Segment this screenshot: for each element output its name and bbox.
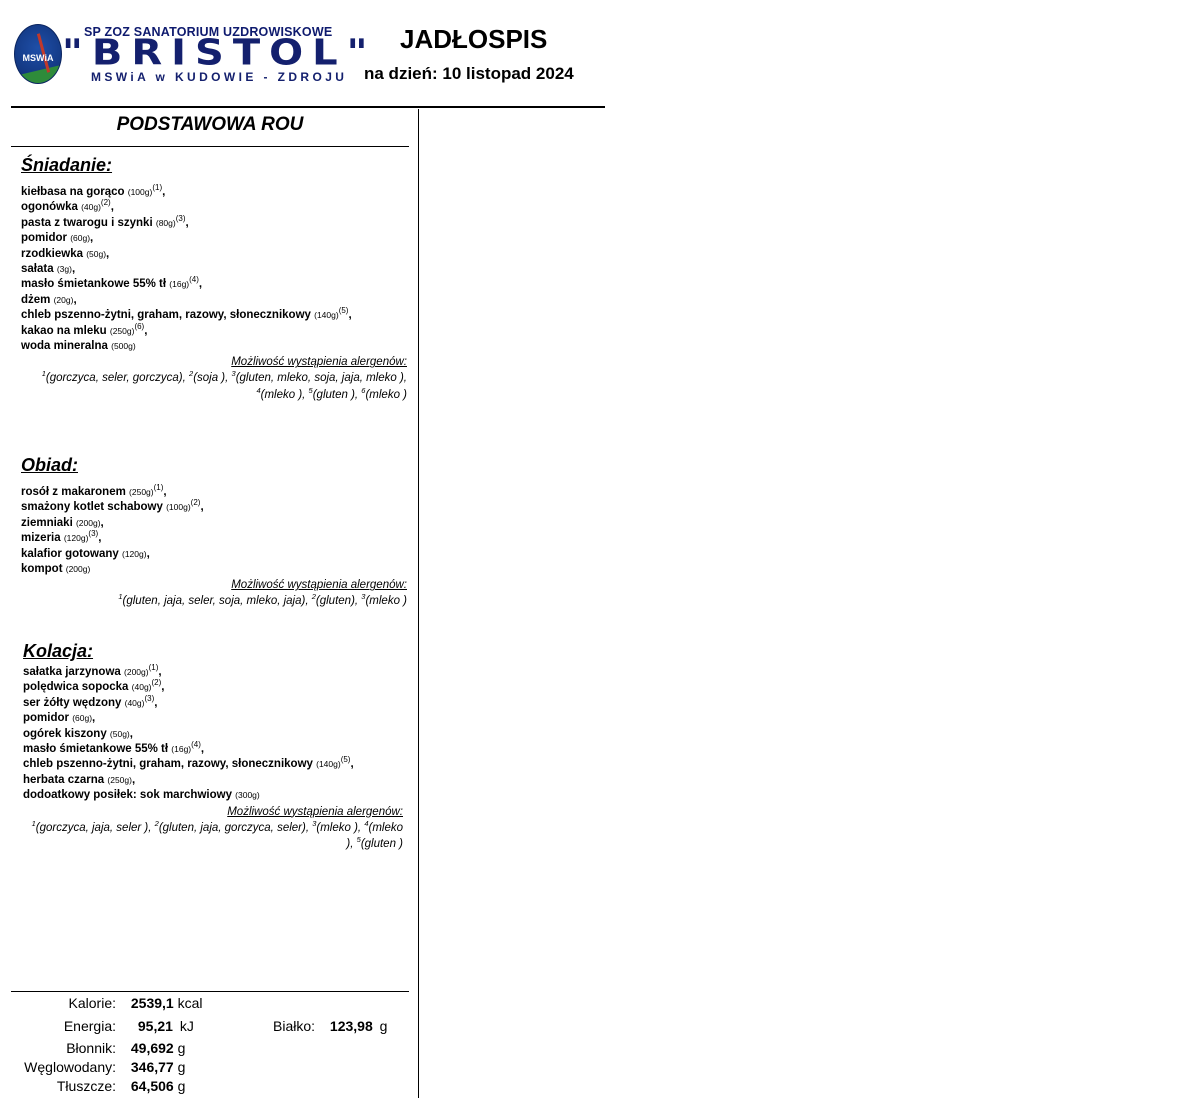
meal-breakfast: Śniadanie: kiełbasa na gorąco (100g)(1),… <box>21 153 407 403</box>
menu-item-name: smażony kotlet schabowy <box>21 501 163 513</box>
menu-item-quantity: (250g) <box>107 775 132 785</box>
menu-item: kompot (200g) <box>21 562 407 577</box>
allergen-entry: (gluten ), <box>313 389 362 401</box>
menu-item-name: ogonówka <box>21 201 78 213</box>
nutrition-unit: kJ <box>180 1018 194 1034</box>
nutrition-divider <box>11 991 409 992</box>
emblem-text: MSWiA <box>15 53 61 63</box>
menu-item-separator: , <box>161 681 164 693</box>
nutrition-unit: g <box>178 1040 186 1056</box>
nutrition-value: 64,506 <box>131 1078 174 1094</box>
allergen-entry: (mleko ), <box>261 389 309 401</box>
allergen-entry: (gluten ) <box>361 838 403 850</box>
nutrition-label: Tłuszcze: <box>0 1077 116 1096</box>
menu-item-name: kiełbasa na gorąco <box>21 186 125 198</box>
nutrition-value: 2539,1 <box>131 995 174 1011</box>
menu-item-quantity: (20g) <box>54 295 74 305</box>
menu-item-name: ser żółty wędzony <box>23 697 121 709</box>
menu-item-name: herbata czarna <box>23 774 104 786</box>
menu-item: chleb pszenno-żytni, graham, razowy, sło… <box>21 308 407 323</box>
allergen-entry: (gluten), <box>316 595 361 607</box>
menu-item-separator: , <box>348 309 351 321</box>
nutrition-label: Węglowodany: <box>0 1058 116 1077</box>
menu-item: sałatka jarzynowa (200g)(1), <box>23 665 403 680</box>
nutrition-unit: g <box>380 1018 388 1034</box>
menu-item-name: polędwica sopocka <box>23 681 132 693</box>
menu-item: ser żółty wędzony (40g)(3), <box>23 696 403 711</box>
allergen-entry: (gluten, jaja, seler, soja, mleko, jaja)… <box>123 595 312 607</box>
menu-item-name: kakao na mleku <box>21 325 110 337</box>
nutrition-label: Błonnik: <box>0 1039 116 1058</box>
menu-item: sałata (3g), <box>21 262 407 277</box>
menu-item-quantity: (100g) <box>166 502 191 512</box>
menu-item-name: chleb pszenno-żytni, graham, razowy, sło… <box>23 758 313 770</box>
menu-item-separator: , <box>111 201 114 213</box>
menu-item-separator: , <box>185 217 188 229</box>
menu-item: pasta z twarogu i szynki (80g)(3), <box>21 216 407 231</box>
menu-item-separator: , <box>90 232 93 244</box>
meal-items: sałatka jarzynowa (200g)(1),polędwica so… <box>23 665 403 804</box>
allergen-list: 1(gluten, jaja, seler, soja, mleko, jaja… <box>21 593 407 610</box>
menu-item-separator: , <box>201 743 204 755</box>
allergen-entry: (mleko ), <box>316 822 364 834</box>
menu-item: rosół z makaronem (250g)(1), <box>21 485 407 500</box>
column-divider <box>418 109 419 1098</box>
menu-item-separator: , <box>147 548 150 560</box>
menu-item-quantity: (140g) <box>316 759 341 769</box>
allergen-entry: (gluten, mleko, soja, jaja, mleko ), <box>236 372 407 384</box>
menu-item-separator: , <box>101 517 104 529</box>
nutrition-unit: kcal <box>178 995 203 1011</box>
allergen-ref: (4) <box>189 276 199 285</box>
menu-item-separator: , <box>73 294 76 306</box>
nutrition-energy: Energia: 95,21 kJ <box>0 1017 194 1036</box>
menu-item-separator: , <box>350 758 353 770</box>
allergen-entry: (mleko ) <box>365 389 407 401</box>
menu-item-quantity: (50g) <box>86 249 106 259</box>
menu-item-separator: , <box>106 248 109 260</box>
logo-location: MSWiA w KUDOWIE - ZDROJU <box>91 70 347 84</box>
menu-item-quantity: (300g) <box>235 790 260 800</box>
menu-item-name: pasta z twarogu i szynki <box>21 217 153 229</box>
document-date: na dzień: 10 listopad 2024 <box>364 64 574 84</box>
menu-item: ogonówka (40g)(2), <box>21 200 407 215</box>
menu-item-name: ogórek kiszony <box>23 728 107 740</box>
allergen-ref: (2) <box>101 199 111 208</box>
menu-item: herbata czarna (250g), <box>23 773 403 788</box>
diet-type-divider <box>11 146 409 147</box>
menu-item-quantity: (3g) <box>57 264 72 274</box>
menu-item-quantity: (50g) <box>110 729 130 739</box>
allergen-list: 1(gorczyca, seler, gorczyca), 2(soja ), … <box>21 370 407 403</box>
allergen-ref: (5) <box>339 306 349 315</box>
menu-item-quantity: (40g) <box>81 202 101 212</box>
nutrition-value: 95,21 <box>138 1018 173 1034</box>
menu-item-name: sałatka jarzynowa <box>23 666 121 678</box>
menu-item-name: chleb pszenno-żytni, graham, razowy, sło… <box>21 309 311 321</box>
menu-item-name: sałata <box>21 263 54 275</box>
nutrition-value: 49,692 <box>131 1040 174 1056</box>
menu-item: ziemniaki (200g), <box>21 516 407 531</box>
allergen-entry: (mleko ) <box>365 595 407 607</box>
menu-item-quantity: (250g) <box>129 487 154 497</box>
menu-item: dżem (20g), <box>21 293 407 308</box>
nutrition-label: Energia: <box>0 1017 116 1036</box>
menu-item-separator: , <box>158 666 161 678</box>
menu-item-quantity: (16g) <box>171 744 191 754</box>
meal-dinner: Kolacja: sałatka jarzynowa (200g)(1),pol… <box>23 639 403 853</box>
document-title: JADŁOSPIS <box>400 24 547 55</box>
menu-item-separator: , <box>199 278 202 290</box>
allergen-ref: (2) <box>152 679 162 688</box>
menu-item-name: kompot <box>21 563 63 575</box>
menu-item-name: rzodkiewka <box>21 248 83 260</box>
menu-item-quantity: (140g) <box>314 310 339 320</box>
menu-item: kakao na mleku (250g)(6), <box>21 324 407 339</box>
allergen-ref: (3) <box>144 694 154 703</box>
menu-item-quantity: (16g) <box>169 279 189 289</box>
header-divider <box>11 106 605 108</box>
allergen-ref: (1) <box>152 183 162 192</box>
menu-item-name: rosół z makaronem <box>21 486 126 498</box>
menu-item: polędwica sopocka (40g)(2), <box>23 680 403 695</box>
menu-item-quantity: (40g) <box>125 698 145 708</box>
allergen-entry: (gorczyca, seler, gorczyca), <box>46 372 189 384</box>
menu-item-separator: , <box>154 697 157 709</box>
menu-item-quantity: (250g) <box>110 326 135 336</box>
menu-item: dodoatkowy posiłek: sok marchwiowy (300g… <box>23 788 403 803</box>
menu-item-quantity: (100g) <box>128 187 153 197</box>
meal-lunch: Obiad: rosół z makaronem (250g)(1),smażo… <box>21 453 407 610</box>
menu-item-separator: , <box>130 728 133 740</box>
allergen-ref: (1) <box>154 483 164 492</box>
menu-item-separator: , <box>92 712 95 724</box>
nutrition-fiber: Błonnik: 49,692 g <box>0 1039 185 1058</box>
menu-item: kiełbasa na gorąco (100g)(1), <box>21 185 407 200</box>
allergen-ref: (5) <box>341 756 351 765</box>
menu-item-quantity: (200g) <box>66 564 91 574</box>
nutrition-carbs: Węglowodany: 346,77 g <box>0 1058 185 1077</box>
menu-item-separator: , <box>200 501 203 513</box>
menu-item-name: pomidor <box>23 712 69 724</box>
menu-item-name: dżem <box>21 294 54 306</box>
menu-item-quantity: (500g) <box>111 341 136 351</box>
allergen-ref: (4) <box>191 740 201 749</box>
menu-item: rzodkiewka (50g), <box>21 247 407 262</box>
nutrition-calories: Kalorie: 2539,1 kcal <box>0 994 203 1013</box>
menu-item-separator: , <box>98 532 101 544</box>
nutrition-value: 123,98 <box>330 1018 373 1034</box>
diet-type-title: PODSTAWOWA ROU <box>11 114 409 136</box>
allergen-list: 1(gorczyca, jaja, seler ), 2(gluten, jaj… <box>23 820 403 853</box>
menu-item: ogórek kiszony (50g), <box>23 727 403 742</box>
meal-title: Śniadanie: <box>21 153 407 177</box>
menu-item-separator: , <box>132 774 135 786</box>
menu-item-name: woda mineralna <box>21 340 108 352</box>
allergen-ref: (2) <box>191 499 201 508</box>
menu-item: smażony kotlet schabowy (100g)(2), <box>21 500 407 515</box>
document-header: MSWiA SP ZOZ SANATORIUM UZDROWISKOWE "BR… <box>0 0 610 110</box>
menu-item-separator: , <box>163 486 166 498</box>
menu-item-name: dodoatkowy posiłek: sok marchwiowy <box>23 789 232 801</box>
menu-item-quantity: (120g) <box>122 549 147 559</box>
meal-items: rosół z makaronem (250g)(1),smażony kotl… <box>21 485 407 577</box>
menu-item: mizeria (120g)(3), <box>21 531 407 546</box>
menu-item-quantity: (120g) <box>64 533 89 543</box>
meal-items: kiełbasa na gorąco (100g)(1),ogonówka (4… <box>21 185 407 354</box>
nutrition-label: Kalorie: <box>0 994 116 1013</box>
nutrition-unit: g <box>178 1078 186 1094</box>
meal-title: Obiad: <box>21 453 407 477</box>
menu-item-quantity: (60g) <box>70 233 90 243</box>
menu-item: pomidor (60g), <box>23 711 403 726</box>
nutrition-protein: Białko: 123,98 g <box>273 1017 387 1036</box>
logo-bristol-wordmark: "BRISTOL" <box>62 32 376 73</box>
menu-item: masło śmietankowe 55% tł (16g)(4), <box>21 277 407 292</box>
mswia-emblem-logo: MSWiA <box>14 24 62 84</box>
allergen-entry: (gorczyca, jaja, seler ), <box>36 822 155 834</box>
menu-item-name: kalafior gotowany <box>21 548 119 560</box>
allergen-heading: Możliwość wystąpienia alergenów: <box>21 578 407 593</box>
menu-item-name: ziemniaki <box>21 517 76 529</box>
nutrition-label: Białko: <box>273 1018 315 1034</box>
allergen-ref: (1) <box>149 663 159 672</box>
allergen-ref: (3) <box>88 529 98 538</box>
nutrition-unit: g <box>178 1059 186 1075</box>
menu-item-quantity: (80g) <box>156 218 176 228</box>
nutrition-fat: Tłuszcze: 64,506 g <box>0 1077 185 1096</box>
menu-item-quantity: (40g) <box>132 682 152 692</box>
menu-item: woda mineralna (500g) <box>21 339 407 354</box>
menu-item-separator: , <box>144 325 147 337</box>
allergen-entry: (soja ), <box>193 372 231 384</box>
menu-item-separator: , <box>72 263 75 275</box>
menu-item-separator: , <box>162 186 165 198</box>
menu-item-name: masło śmietankowe 55% tł <box>23 743 168 755</box>
menu-item: pomidor (60g), <box>21 231 407 246</box>
menu-item-name: mizeria <box>21 532 61 544</box>
menu-item: kalafior gotowany (120g), <box>21 547 407 562</box>
menu-item-quantity: (60g) <box>72 713 92 723</box>
nutrition-value: 346,77 <box>131 1059 174 1075</box>
menu-item-quantity: (200g) <box>124 667 149 677</box>
allergen-entry: (gluten, jaja, gorczyca, seler), <box>159 822 312 834</box>
menu-item-quantity: (200g) <box>76 518 101 528</box>
allergen-heading: Możliwość wystąpienia alergenów: <box>21 355 407 370</box>
menu-item: chleb pszenno-żytni, graham, razowy, sło… <box>23 757 403 772</box>
meal-title: Kolacja: <box>23 639 403 663</box>
allergen-heading: Możliwość wystąpienia alergenów: <box>23 805 403 820</box>
allergen-ref: (6) <box>134 322 144 331</box>
menu-item-name: pomidor <box>21 232 67 244</box>
emblem-green-field <box>15 65 61 83</box>
menu-item-name: masło śmietankowe 55% tł <box>21 278 166 290</box>
